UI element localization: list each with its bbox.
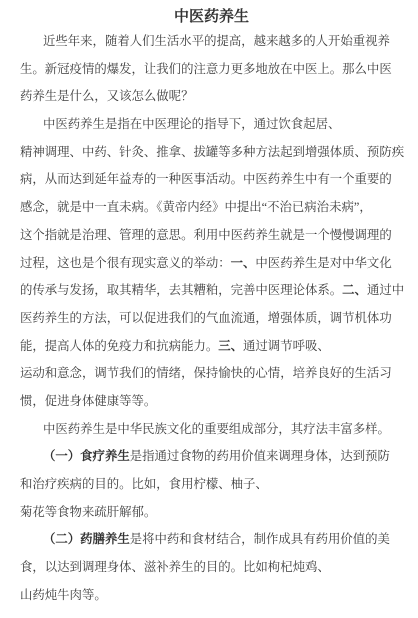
text-segment: 和治疗疾病的目的。比如，食用柠檬、柚子、 xyxy=(20,477,268,491)
text-line: 中医药养生是中华民族文化的重要组成部分，其疗法丰富多样。 xyxy=(20,416,403,444)
text-segment: 菊花等食物来疏肝解郁。 xyxy=(20,505,156,519)
text-segment-bold: 二、 xyxy=(342,283,367,297)
text-segment-bold: （一）食疗养生 xyxy=(43,449,130,463)
text-line: 能，提高人体的免疫力和抗病能力。三、通过调节呼吸、 xyxy=(20,333,403,361)
text-line: 山药炖牛肉等。 xyxy=(20,582,403,610)
text-line: 病，从而达到延年益寿的一种医事活动。中医药养生中有一个重要的 xyxy=(20,166,403,194)
text-segment: 中医药养生是对中华文化 xyxy=(255,256,391,270)
text-segment: 是指通过食物的药用价值来调理身体，达到预防 xyxy=(130,449,390,463)
text-segment-bold: （二）药膳养生 xyxy=(43,532,130,546)
text-line: 中医药养生是指在中医理论的指导下，通过饮食起居、 xyxy=(20,111,403,139)
text-line: 惯，促进身体健康等等。 xyxy=(20,388,403,416)
text-segment: 山药炖牛肉等。 xyxy=(20,588,107,602)
text-segment: 药养生是什么，又该怎么做呢？ xyxy=(20,89,193,103)
text-segment: 的传承与发扬，取其精华，去其糟粕，完善中医理论体系。 xyxy=(20,283,342,297)
document-page: 中医药养生 近些年来，随着人们生活水平的提高，越来越多的人开始重视养 生。新冠疫… xyxy=(0,0,418,618)
text-segment: 是将中药和食材结合，制作成具有药用价值的美 xyxy=(130,532,390,546)
text-segment: 病，从而达到延年益寿的一种医事活动。中医药养生中有一个重要的 xyxy=(20,172,392,186)
text-segment: 精神调理、中药、针灸、推拿、拔罐等多种方法起到增强体质、预防疾 xyxy=(20,145,404,159)
text-line: 菊花等食物来疏肝解郁。 xyxy=(20,499,403,527)
text-line: 过程，这也是个很有现实意义的举动：一、中医药养生是对中华文化 xyxy=(20,250,403,278)
text-segment: 生。新冠疫情的爆发，让我们的注意力更多地放在中医上。那么中医 xyxy=(20,62,392,76)
text-segment: 运动和意念，调节我们的情绪，保持愉快的心情，培养良好的生活习 xyxy=(20,366,392,380)
text-segment: 中医药养生是中华民族文化的重要组成部分，其疗法丰富多样。 xyxy=(43,422,390,436)
text-line: 食，以达到调理身体、滋补养生的目的。比如枸杞炖鸡、 xyxy=(20,554,403,582)
text-segment: 这个指就是治理、管理的意思。利用中医药养生就是一个慢慢调理的 xyxy=(20,228,392,242)
text-line: （二）药膳养生是将中药和食材结合，制作成具有药用价值的美 xyxy=(20,526,403,554)
text-segment: 感念，就是中一直未病。《黄帝内经》中提出“不治已病治未病”， xyxy=(20,200,372,214)
text-line: 医药养生的方法，可以促进我们的气血流通，增强体质，调节机体功 xyxy=(20,305,403,333)
document-content: 中医药养生 近些年来，随着人们生活水平的提高，越来越多的人开始重视养 生。新冠疫… xyxy=(20,7,403,609)
text-line: 和治疗疾病的目的。比如，食用柠檬、柚子、 xyxy=(20,471,403,499)
text-segment: 过程，这也是个很有现实意义的举动： xyxy=(20,256,231,270)
text-segment: 食，以达到调理身体、滋补养生的目的。比如枸杞炖鸡、 xyxy=(20,560,330,574)
text-segment-bold: 三、 xyxy=(218,339,243,353)
text-line: 感念，就是中一直未病。《黄帝内经》中提出“不治已病治未病”， xyxy=(20,194,403,222)
text-segment: 惯，促进身体健康等等。 xyxy=(20,394,156,408)
text-line: 的传承与发扬，取其精华，去其糟粕，完善中医理论体系。二、通过中 xyxy=(20,277,403,305)
text-segment: 通过调节呼吸、 xyxy=(243,339,330,353)
text-line: 这个指就是治理、管理的意思。利用中医药养生就是一个慢慢调理的 xyxy=(20,222,403,250)
text-line: 生。新冠疫情的爆发，让我们的注意力更多地放在中医上。那么中医 xyxy=(20,56,403,84)
text-segment: 能，提高人体的免疫力和抗病能力。 xyxy=(20,339,218,353)
text-line: 近些年来，随着人们生活水平的提高，越来越多的人开始重视养 xyxy=(20,28,403,56)
document-title: 中医药养生 xyxy=(20,7,403,27)
text-line: 药养生是什么，又该怎么做呢？ xyxy=(20,83,403,111)
text-line: 精神调理、中药、针灸、推拿、拔罐等多种方法起到增强体质、预防疾 xyxy=(20,139,403,167)
text-segment: 中医药养生是指在中医理论的指导下，通过饮食起居、 xyxy=(43,117,340,131)
text-line: 运动和意念，调节我们的情绪，保持愉快的心情，培养良好的生活习 xyxy=(20,360,403,388)
text-segment: 近些年来，随着人们生活水平的提高，越来越多的人开始重视养 xyxy=(43,34,390,48)
text-line: （一）食疗养生是指通过食物的药用价值来调理身体，达到预防 xyxy=(20,443,403,471)
text-segment: 医药养生的方法，可以促进我们的气血流通，增强体质，调节机体功 xyxy=(20,311,392,325)
text-segment: 通过中 xyxy=(367,283,404,297)
text-segment-bold: 一、 xyxy=(231,256,256,270)
